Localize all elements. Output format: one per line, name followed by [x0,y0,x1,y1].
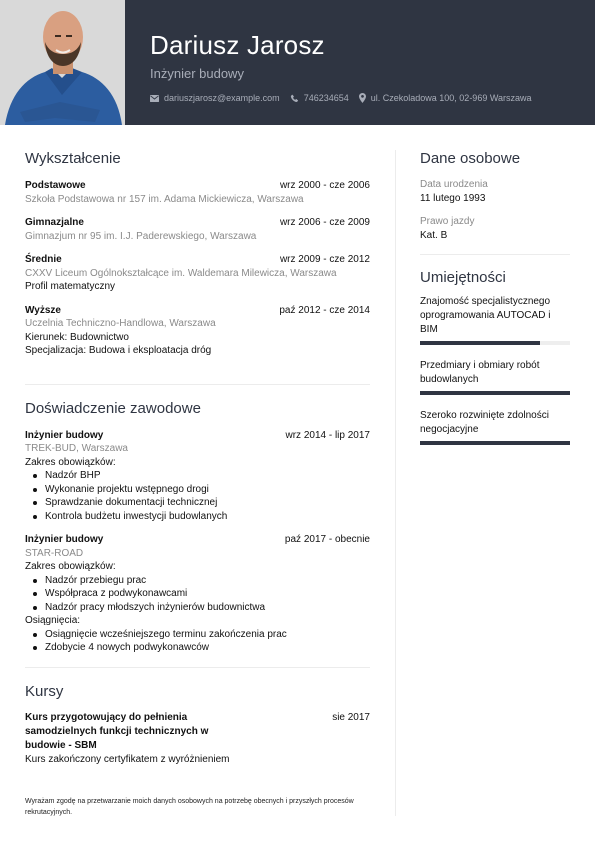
section-title-personal: Dane osobowe [420,150,570,167]
education-section: Wykształcenie Podstawowe wrz 2000 - cze … [25,125,370,358]
skill-level-fill [420,341,540,345]
birth-date-value: 11 lutego 1993 [420,192,570,206]
skill-level-fill [420,391,570,395]
course-description: Kurs zakończony certyfikatem z wyróżnien… [25,753,370,767]
education-dates: wrz 2006 - cze 2009 [280,216,370,230]
education-note: Profil matematyczny [25,280,370,294]
phone-text[interactable]: 746234654 [304,93,349,103]
skill-level-bar [420,391,570,395]
experience-company: STAR-ROAD [25,547,370,561]
skill-level-bar [420,341,570,345]
education-school: Szkoła Podstawowa nr 157 im. Adama Micki… [25,193,370,207]
sidebar-column: Dane osobowe Data urodzenia 11 lutego 19… [420,125,570,445]
contact-address: ul. Czekoladowa 100, 02-969 Warszawa [359,93,532,103]
education-note: Specjalizacja: Budowa i eksploatacja dró… [25,344,370,358]
envelope-icon [150,95,159,102]
experience-section: Doświadczenie zawodowe Inżynier budowy w… [25,385,370,655]
education-level: Podstawowe [25,179,86,193]
education-school: Uczelnia Techniczno-Handlowa, Warszawa [25,317,370,331]
skill-name: Znajomość specjalistycznego oprogramowan… [420,295,570,337]
section-title-skills: Umiejętności [420,269,570,286]
list-item: Kontrola budżetu inwestycji budowlanych [25,510,370,524]
education-entry: Gimnazjalne wrz 2006 - cze 2009 Gimnazju… [25,216,370,243]
list-item: Sprawdzanie dokumentacji technicznej [25,496,370,510]
list-item: Nadzór BHP [25,469,370,483]
personal-data-section: Dane osobowe Data urodzenia 11 lutego 19… [420,125,570,242]
education-dates: wrz 2000 - cze 2006 [280,179,370,193]
driving-license-label: Prawo jazdy [420,215,570,229]
list-item: Zdobycie 4 nowych podwykonawców [25,641,370,655]
education-level: Gimnazjalne [25,216,84,230]
experience-dates: wrz 2014 - lip 2017 [286,429,371,443]
course-date: sie 2017 [332,711,370,753]
section-title-education: Wykształcenie [25,150,370,167]
skill-level-bar [420,441,570,445]
achievements-list: Osiągnięcie wcześniejszego terminu zakoń… [25,628,370,655]
course-entry: Kurs przygotowujący do pełnienia samodzi… [25,711,370,767]
phone-icon [290,94,299,103]
section-title-experience: Doświadczenie zawodowe [25,400,370,417]
education-school: CXXV Liceum Ogólnokształcące im. Waldema… [25,267,370,281]
email-text[interactable]: dariuszjarosz@example.com [164,93,280,103]
skill-item: Znajomość specjalistycznego oprogramowan… [420,295,570,345]
skills-section: Umiejętności Znajomość specjalistycznego… [420,255,570,445]
courses-section: Kursy Kurs przygotowujący do pełnienia s… [25,668,370,767]
birth-date-label: Data urodzenia [420,178,570,192]
experience-dates: paź 2017 - obecnie [285,533,370,547]
duties-label: Zakres obowiązków: [25,560,370,574]
experience-company: TREK-BUD, Warszawa [25,442,370,456]
column-divider [395,150,396,816]
contact-email[interactable]: dariuszjarosz@example.com [150,93,280,103]
list-item: Osiągnięcie wcześniejszego terminu zakoń… [25,628,370,642]
skill-name: Przedmiary i obmiary robót budowlanych [420,359,570,387]
experience-entry: Inżynier budowy paź 2017 - obecnie STAR-… [25,533,370,655]
education-entry: Podstawowe wrz 2000 - cze 2006 Szkoła Po… [25,179,370,206]
gdpr-consent-clause: Wyrażam zgodę na przetwarzanie moich dan… [25,796,375,818]
address-text: ul. Czekoladowa 100, 02-969 Warszawa [371,93,532,103]
profile-photo [0,0,125,125]
experience-position: Inżynier budowy [25,429,103,443]
education-dates: paź 2012 - cze 2014 [279,304,370,318]
list-item: Nadzór przebiegu prac [25,574,370,588]
contact-phone[interactable]: 746234654 [290,93,349,103]
education-level: Wyższe [25,304,61,318]
education-dates: wrz 2009 - cze 2012 [280,253,370,267]
duties-label: Zakres obowiązków: [25,456,370,470]
education-school: Gimnazjum nr 95 im. I.J. Paderewskiego, … [25,230,370,244]
main-column: Wykształcenie Podstawowe wrz 2000 - cze … [25,125,370,766]
location-pin-icon [359,93,366,103]
education-note: Kierunek: Budownictwo [25,331,370,345]
skill-item: Przedmiary i obmiary robót budowlanych [420,359,570,395]
job-title: Inżynier budowy [150,66,244,81]
skill-item: Szeroko rozwinięte zdolności negocjacyjn… [420,409,570,445]
driving-license-value: Kat. B [420,229,570,243]
course-name: Kurs przygotowujący do pełnienia samodzi… [25,711,225,753]
education-entry: Średnie wrz 2009 - cze 2012 CXXV Liceum … [25,253,370,294]
achievements-label: Osiągnięcia: [25,614,370,628]
header-banner: Dariusz Jarosz Inżynier budowy dariuszja… [0,0,595,125]
experience-entry: Inżynier budowy wrz 2014 - lip 2017 TREK… [25,429,370,524]
list-item: Nadzór pracy młodszych inżynierów budown… [25,601,370,615]
education-entry: Wyższe paź 2012 - cze 2014 Uczelnia Tech… [25,304,370,358]
skill-level-fill [420,441,570,445]
duties-list: Nadzór przebiegu prac Współpraca z podwy… [25,574,370,615]
list-item: Współpraca z podwykonawcami [25,587,370,601]
duties-list: Nadzór BHP Wykonanie projektu wstępnego … [25,469,370,523]
list-item: Wykonanie projektu wstępnego drogi [25,483,370,497]
candidate-name: Dariusz Jarosz [150,30,325,61]
experience-position: Inżynier budowy [25,533,103,547]
section-title-courses: Kursy [25,683,370,700]
education-level: Średnie [25,253,62,267]
contact-bar: dariuszjarosz@example.com 746234654 ul. … [150,93,542,103]
skill-name: Szeroko rozwinięte zdolności negocjacyjn… [420,409,570,437]
